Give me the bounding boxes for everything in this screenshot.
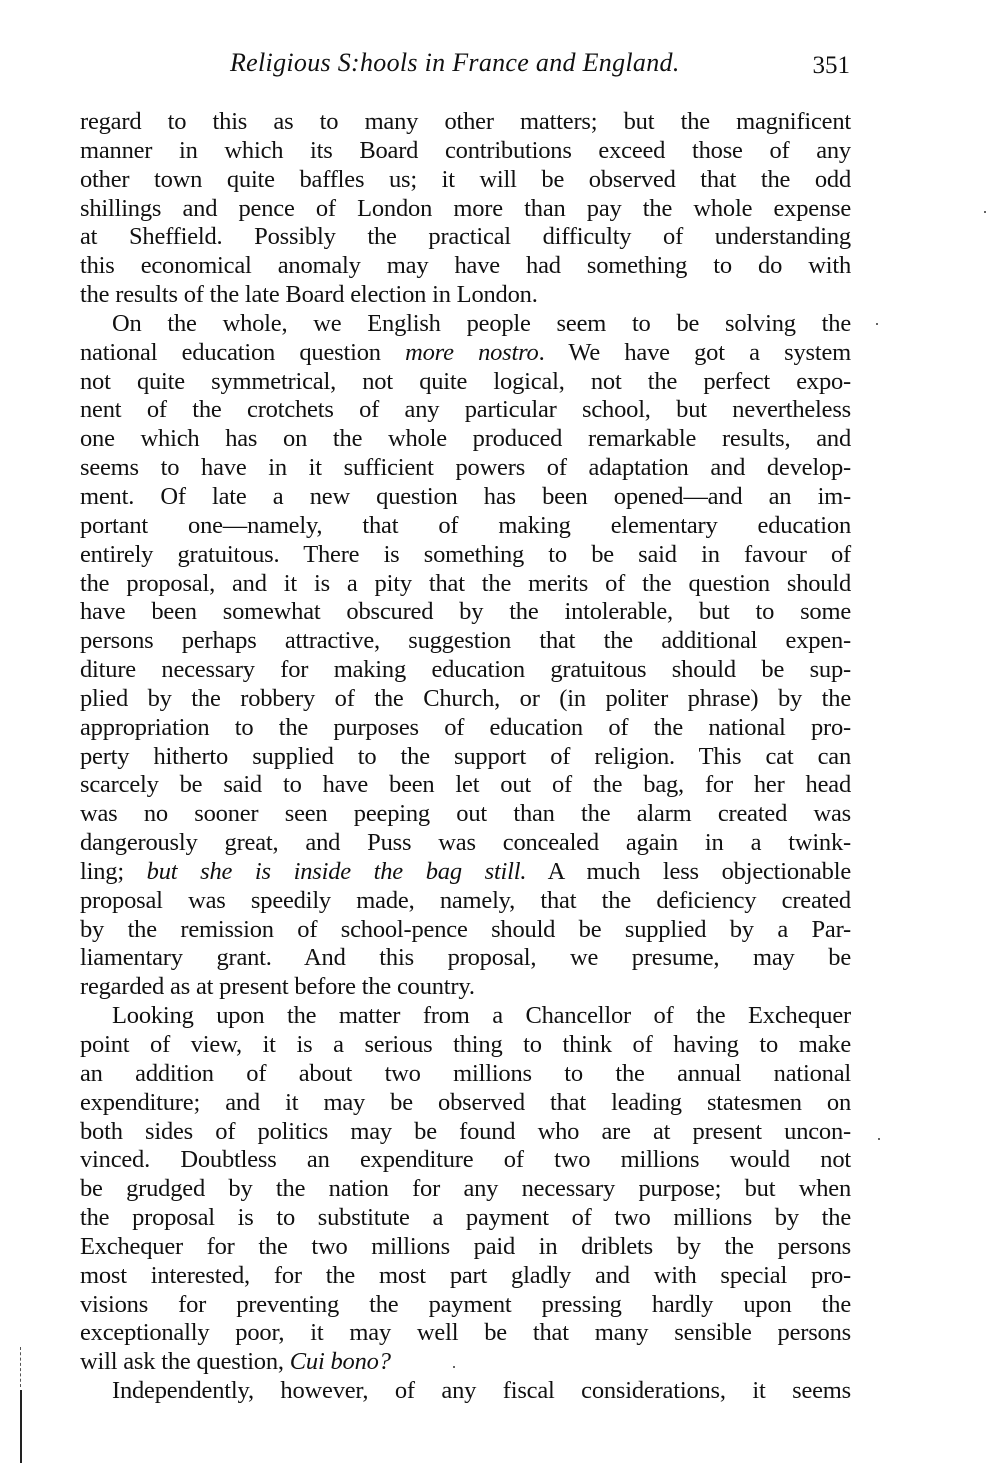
- scan-speck: [984, 211, 986, 213]
- text-line: will ask the question, Cui bono?: [80, 1348, 851, 1377]
- text-line: ling; but she is inside the bag still. A…: [80, 858, 851, 887]
- page-number: 351: [813, 52, 851, 80]
- paragraph-3: Looking upon the matter from a Chancello…: [80, 1002, 851, 1377]
- text-line: the results of the late Board election i…: [80, 281, 851, 310]
- body-text: regard to this as to many other matters;…: [80, 108, 851, 1406]
- text-line: point of view, it is a serious thing to …: [80, 1031, 851, 1060]
- text-line: nent of the crotchets of any particular …: [80, 396, 851, 425]
- text-line: both sides of politics may be found who …: [80, 1118, 851, 1147]
- text-line: seems to have in it sufficient powers of…: [80, 454, 851, 483]
- book-page: Religious S:hools in France and England.…: [0, 0, 1000, 1481]
- text-line: appropriation to the purposes of educati…: [80, 714, 851, 743]
- text-line: liamentary grant. And this proposal, we …: [80, 944, 851, 973]
- text-line: persons perhaps attractive, suggestion t…: [80, 627, 851, 656]
- text-line: Independently, however, of any fiscal co…: [80, 1377, 851, 1406]
- text-line: dangerously great, and Puss was conceale…: [80, 829, 851, 858]
- text-line: by the remission of school-pence should …: [80, 916, 851, 945]
- text-line: On the whole, we English people seem to …: [80, 310, 851, 339]
- scan-speck: [878, 1138, 880, 1140]
- text-line: plied by the robbery of the Church, or (…: [80, 685, 851, 714]
- text-line: proposal was speedily made, namely, that…: [80, 887, 851, 916]
- text-line: regard to this as to many other matters;…: [80, 108, 851, 137]
- text-line: ment. Of late a new question has been op…: [80, 483, 851, 512]
- text-line: shillings and pence of London more than …: [80, 195, 851, 224]
- text-line: scarcely be said to have been let out of…: [80, 771, 851, 800]
- text-line: be grudged by the nation for any necessa…: [80, 1175, 851, 1204]
- text-line: perty hitherto supplied to the support o…: [80, 743, 851, 772]
- text-line: visions for preventing the payment press…: [80, 1291, 851, 1320]
- running-head: Religious S:hools in France and England.…: [80, 48, 850, 84]
- text-line: other town quite baffles us; it will be …: [80, 166, 851, 195]
- text-line: national education question more nostro.…: [80, 339, 851, 368]
- scan-margin-rule: [20, 1390, 22, 1463]
- text-line: regarded as at present before the countr…: [80, 973, 851, 1002]
- text-line: this economical anomaly may have had som…: [80, 252, 851, 281]
- italic-phrase: more nostro: [405, 339, 538, 366]
- italic-phrase: Cui bono?: [290, 1348, 391, 1375]
- text-line: manner in which its Board contributions …: [80, 137, 851, 166]
- text-line: Exchequer for the two millions paid in d…: [80, 1233, 851, 1262]
- text-line: most interested, for the most part gladl…: [80, 1262, 851, 1291]
- text-line: exceptionally poor, it may well be that …: [80, 1319, 851, 1348]
- paragraph-2: On the whole, we English people seem to …: [80, 310, 851, 1002]
- text-run: . We have got a system: [539, 339, 851, 366]
- paragraph-4: Independently, however, of any fiscal co…: [80, 1377, 851, 1406]
- text-line: at Sheffield. Possibly the practical dif…: [80, 223, 851, 252]
- text-line: vinced. Doubtless an expenditure of two …: [80, 1146, 851, 1175]
- scan-speck: [453, 1366, 455, 1368]
- text-line: the proposal is to substitute a payment …: [80, 1204, 851, 1233]
- running-title: Religious S:hools in France and England.: [230, 48, 680, 78]
- text-line: one which has on the whole produced rema…: [80, 425, 851, 454]
- text-run: national education question: [80, 339, 405, 366]
- italic-phrase: but she is inside the bag still.: [147, 858, 527, 885]
- text-line: portant one—namely, that of making eleme…: [80, 512, 851, 541]
- text-line: the proposal, and it is a pity that the …: [80, 570, 851, 599]
- text-line: an addition of about two millions to the…: [80, 1060, 851, 1089]
- text-line: entirely gratuitous. There is something …: [80, 541, 851, 570]
- text-line: not quite symmetrical, not quite logical…: [80, 368, 851, 397]
- text-run: ling;: [80, 858, 147, 885]
- scan-speck: [876, 323, 878, 325]
- scan-margin-mark: [20, 1347, 22, 1387]
- text-run: A much less objectionable: [526, 858, 851, 885]
- paragraph-1: regard to this as to many other matters;…: [80, 108, 851, 310]
- text-line: have been somewhat obscured by the intol…: [80, 598, 851, 627]
- text-line: Looking upon the matter from a Chancello…: [80, 1002, 851, 1031]
- text-run: will ask the question,: [80, 1348, 290, 1375]
- text-line: was no sooner seen peeping out than the …: [80, 800, 851, 829]
- text-line: diture necessary for making education gr…: [80, 656, 851, 685]
- text-line: expenditure; and it may be observed that…: [80, 1089, 851, 1118]
